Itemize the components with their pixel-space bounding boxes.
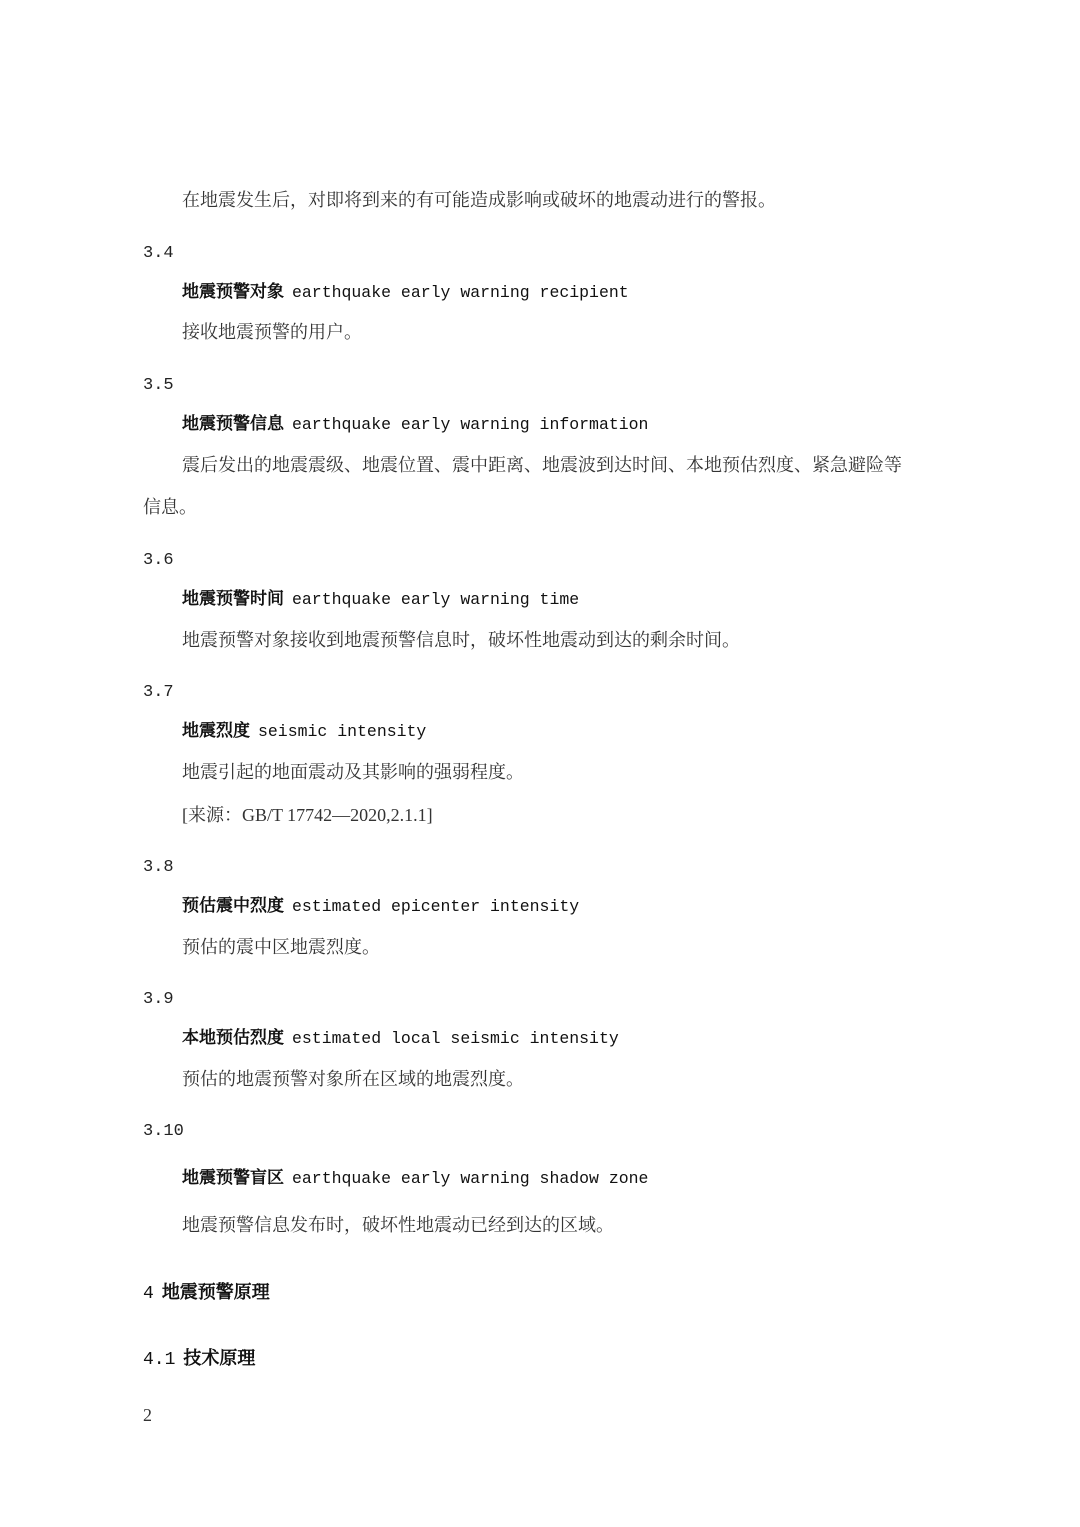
term-zh: 本地预估烈度 [182,1028,284,1048]
term-definition: 地震引起的地面震动及其影响的强弱程度。 [182,761,524,785]
entry-number: 3.10 [143,1120,184,1144]
term-en: earthquake early warning recipient [292,283,629,302]
term-en: seismic intensity [258,722,426,741]
term-en: earthquake early warning time [292,590,579,609]
term-heading: 地震预警信息earthquake early warning informati… [182,412,648,437]
intro-definition: 在地震发生后，对即将到来的有可能造成影响或破坏的地震动进行的警报。 [182,189,776,213]
term-en: earthquake early warning information [292,415,648,434]
term-definition: 接收地震预警的用户。 [182,321,362,345]
term-zh: 地震烈度 [182,721,250,741]
term-definition-continued: 信息。 [143,496,197,520]
term-definition: 地震预警对象接收到地震预警信息时，破坏性地震动到达的剩余时间。 [182,629,740,653]
entry-number: 3.4 [143,242,174,266]
entry-number: 3.7 [143,681,174,705]
entry-number: 3.9 [143,988,174,1012]
term-definition: 预估的地震预警对象所在区域的地震烈度。 [182,1068,524,1092]
term-heading: 预估震中烈度estimated epicenter intensity [182,894,579,919]
term-en: earthquake early warning shadow zone [292,1169,648,1188]
term-definition: 地震预警信息发布时，破坏性地震动已经到达的区域。 [182,1214,614,1238]
entry-number: 3.6 [143,549,174,573]
entry-number: 3.5 [143,374,174,398]
section-title: 地震预警原理 [162,1282,270,1303]
term-zh: 地震预警信息 [182,414,284,434]
term-zh: 地震预警盲区 [182,1168,284,1188]
term-heading: 地震烈度seismic intensity [182,719,426,744]
section-number: 4.1 [143,1350,175,1370]
term-en: estimated epicenter intensity [292,897,579,916]
section-title: 技术原理 [183,1348,255,1369]
term-definition: 预估的震中区地震烈度。 [182,936,380,960]
entry-number: 3.8 [143,856,174,880]
term-zh: 地震预警时间 [182,589,284,609]
term-heading: 地震预警盲区earthquake early warning shadow zo… [182,1166,648,1191]
page-number: 2 [143,1403,152,1427]
section-heading: 4地震预警原理 [143,1281,270,1306]
term-heading: 地震预警时间earthquake early warning time [182,587,579,612]
source-citation: [来源：GB/T 17742—2020,2.1.1] [182,803,433,827]
subsection-heading: 4.1技术原理 [143,1347,255,1372]
section-number: 4 [143,1284,154,1304]
term-en: estimated local seismic intensity [292,1029,619,1048]
term-zh: 地震预警对象 [182,282,284,302]
term-heading: 本地预估烈度estimated local seismic intensity [182,1026,619,1051]
term-heading: 地震预警对象earthquake early warning recipient [182,280,629,305]
term-zh: 预估震中烈度 [182,896,284,916]
term-definition: 震后发出的地震震级、地震位置、震中距离、地震波到达时间、本地预估烈度、紧急避险等 [182,454,902,478]
